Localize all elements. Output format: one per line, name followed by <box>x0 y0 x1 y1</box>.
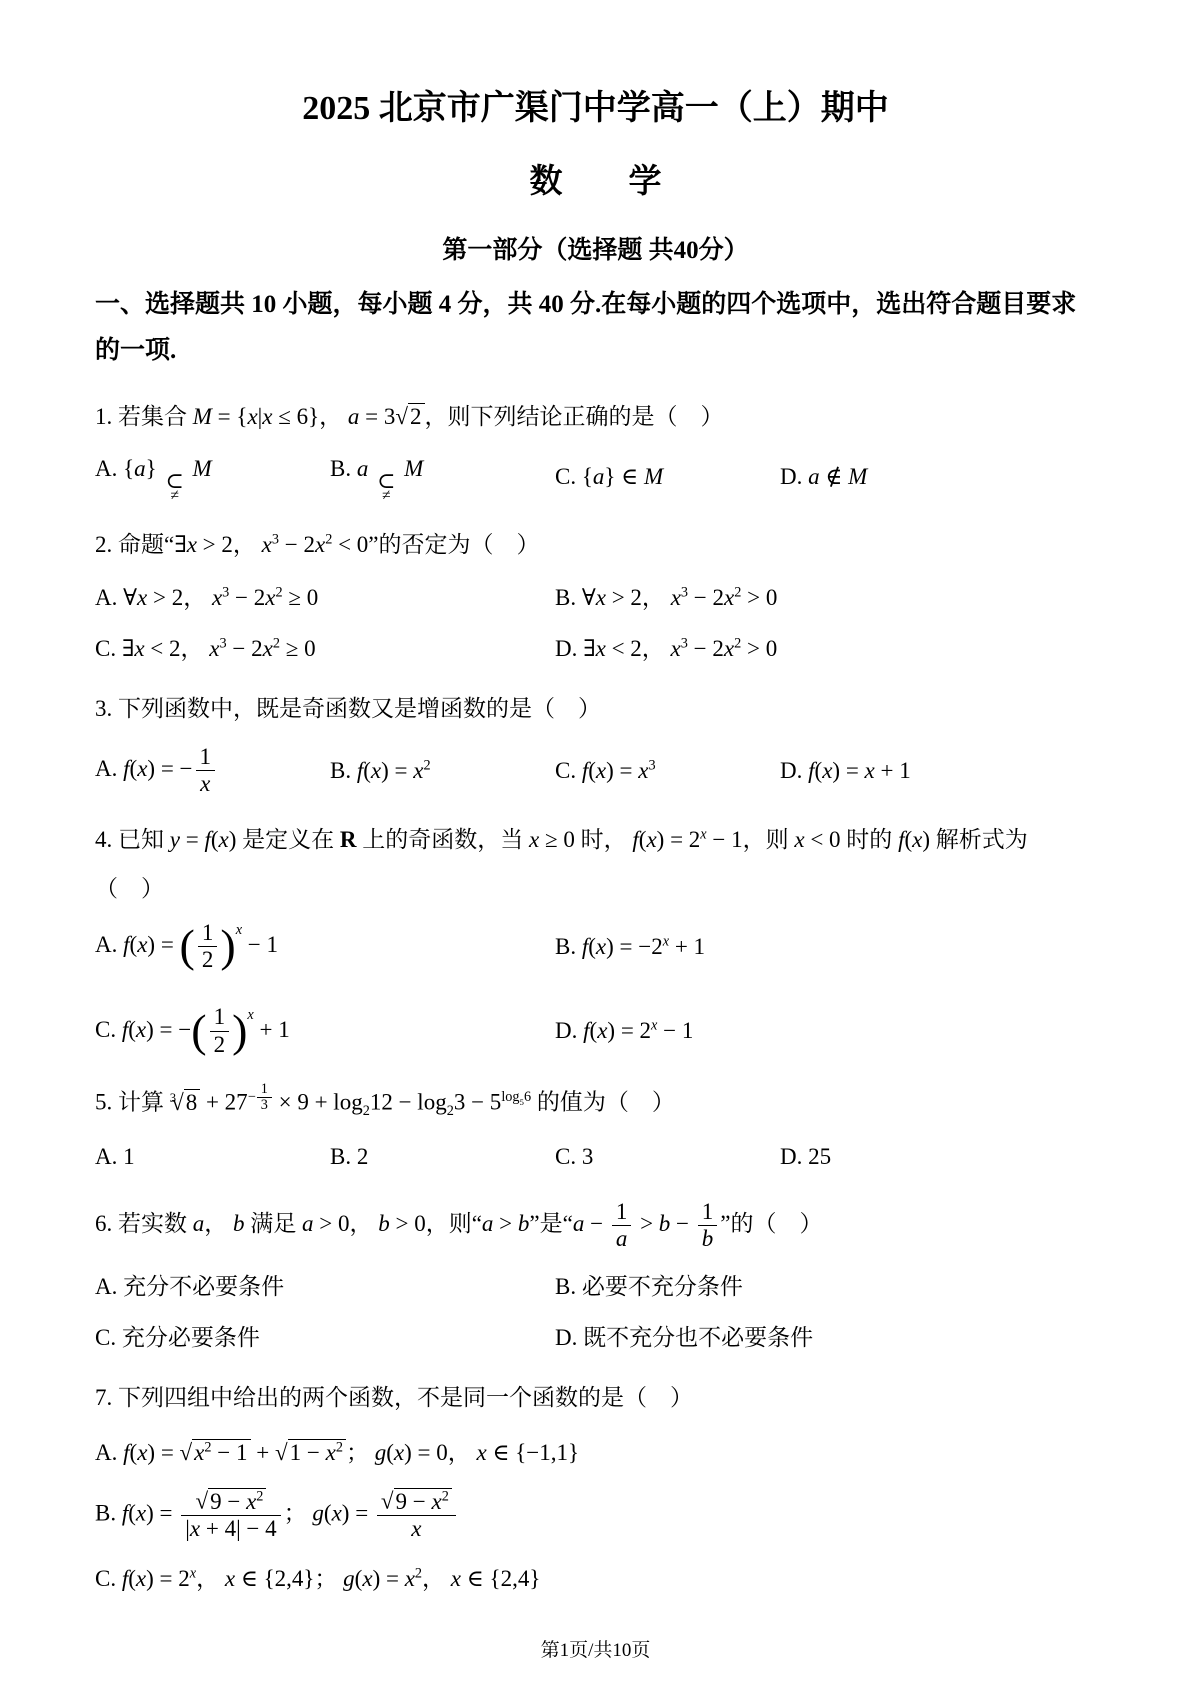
page-footer: 第1页/共10页 <box>0 1635 1191 1662</box>
question-3-option-d: D. f(x) = x + 1 <box>780 753 1096 789</box>
question-4-option-a: A. f(x) = (12)x − 1 <box>95 919 555 973</box>
question-2-option-b: B. ∀x > 2， x3 − 2x2 > 0 <box>555 580 1096 616</box>
question-1-option-c: C. {a} ∈ M <box>555 459 780 495</box>
question-3-option-c: C. f(x) = x3 <box>555 753 780 789</box>
question-1-option-d: D. a ∉ M <box>780 459 1096 495</box>
question-2-stem: 2. 命题“∃x > 2， x3 − 2x2 < 0”的否定为（ ） <box>95 527 1096 564</box>
question-6-option-a: A. 充分不必要条件 <box>95 1269 555 1305</box>
question-4-stem: 4. 已知 y = f(x) 是定义在 R 上的奇函数，当 x ≥ 0 时， f… <box>95 822 1096 859</box>
question-5-options: A. 1 B. 2 C. 3 D. 25 <box>95 1139 1096 1175</box>
question-4-option-b: B. f(x) = −2x + 1 <box>555 929 1096 965</box>
question-7-option-a: A. f(x) = √x2 − 1 + √1 − x2； g(x) = 0， x… <box>95 1435 1096 1471</box>
question-1-options: A. {a} ⊂≠ M B. a ⊂≠ M C. {a} ∈ M D. a ∉ … <box>95 451 1096 502</box>
question-4-option-d: D. f(x) = 2x − 1 <box>555 1013 1096 1049</box>
question-5-stem: 5. 计算 3√8 + 27−13 × 9 + log212 − log23 −… <box>95 1082 1096 1123</box>
question-7-option-c: C. f(x) = 2x， x ∈ {2,4}； g(x) = x2， x ∈ … <box>95 1561 1096 1597</box>
question-3-options: A. f(x) = −1x B. f(x) = x2 C. f(x) = x3 … <box>95 744 1096 798</box>
question-2-option-d: D. ∃x < 2， x3 − 2x2 > 0 <box>555 631 1096 667</box>
question-3: 3. 下列函数中，既是奇函数又是增函数的是（ ） A. f(x) = −1x B… <box>95 691 1096 798</box>
question-7-option-b: B. f(x) = √9 − x2|x + 4| − 4； g(x) = √9 … <box>95 1488 1096 1543</box>
question-7-options: A. f(x) = √x2 − 1 + √1 − x2； g(x) = 0， x… <box>95 1435 1096 1597</box>
question-3-option-b: B. f(x) = x2 <box>330 753 555 789</box>
question-4: 4. 已知 y = f(x) 是定义在 R 上的奇函数，当 x ≥ 0 时， f… <box>95 822 1096 1059</box>
question-3-stem: 3. 下列函数中，既是奇函数又是增函数的是（ ） <box>95 691 1096 728</box>
question-6: 6. 若实数 a， b 满足 a > 0， b > 0，则“a > b”是“a … <box>95 1199 1096 1356</box>
question-6-stem: 6. 若实数 a， b 满足 a > 0， b > 0，则“a > b”是“a … <box>95 1199 1096 1253</box>
question-5: 5. 计算 3√8 + 27−13 × 9 + log212 − log23 −… <box>95 1082 1096 1174</box>
question-1-option-b: B. a ⊂≠ M <box>330 451 555 502</box>
question-4-stem-paren: （ ） <box>95 870 1096 903</box>
question-5-option-c: C. 3 <box>555 1139 780 1175</box>
question-5-option-d: D. 25 <box>780 1139 1096 1175</box>
question-6-options: A. 充分不必要条件 B. 必要不充分条件 C. 充分必要条件 D. 既不充分也… <box>95 1269 1096 1356</box>
question-1: 1. 若集合 M = {x|x ≤ 6}， a = 3√2，则下列结论正确的是（… <box>95 399 1096 503</box>
question-4-option-c: C. f(x) = −(12)x + 1 <box>95 1004 555 1058</box>
part-heading: 第一部分（选择题 共40分） <box>95 230 1096 266</box>
doc-subtitle: 数 学 <box>95 155 1096 202</box>
question-2-option-c: C. ∃x < 2， x3 − 2x2 ≥ 0 <box>95 631 555 667</box>
question-4-options: A. f(x) = (12)x − 1 B. f(x) = −2x + 1 C.… <box>95 919 1096 1058</box>
question-6-option-d: D. 既不充分也不必要条件 <box>555 1320 1096 1356</box>
question-1-stem: 1. 若集合 M = {x|x ≤ 6}， a = 3√2，则下列结论正确的是（… <box>95 399 1096 436</box>
question-7-stem: 7. 下列四组中给出的两个函数，不是同一个函数的是（ ） <box>95 1380 1096 1417</box>
question-5-option-b: B. 2 <box>330 1139 555 1175</box>
exam-page: 2025 北京市广渠门中学高一（上）期中 数 学 第一部分（选择题 共40分） … <box>0 0 1191 1684</box>
question-1-option-a: A. {a} ⊂≠ M <box>95 451 330 502</box>
question-2-options: A. ∀x > 2， x3 − 2x2 ≥ 0 B. ∀x > 2， x3 − … <box>95 580 1096 667</box>
question-6-option-c: C. 充分必要条件 <box>95 1320 555 1356</box>
question-5-option-a: A. 1 <box>95 1139 330 1175</box>
question-2: 2. 命题“∃x > 2， x3 − 2x2 < 0”的否定为（ ） A. ∀x… <box>95 527 1096 667</box>
intro-paragraph: 一、选择题共 10 小题，每小题 4 分，共 40 分.在每小题的四个选项中，选… <box>95 282 1096 375</box>
doc-title: 2025 北京市广渠门中学高一（上）期中 <box>95 80 1096 129</box>
question-2-option-a: A. ∀x > 2， x3 − 2x2 ≥ 0 <box>95 580 555 616</box>
question-7: 7. 下列四组中给出的两个函数，不是同一个函数的是（ ） A. f(x) = √… <box>95 1380 1096 1597</box>
question-6-option-b: B. 必要不充分条件 <box>555 1269 1096 1305</box>
question-3-option-a: A. f(x) = −1x <box>95 744 330 798</box>
